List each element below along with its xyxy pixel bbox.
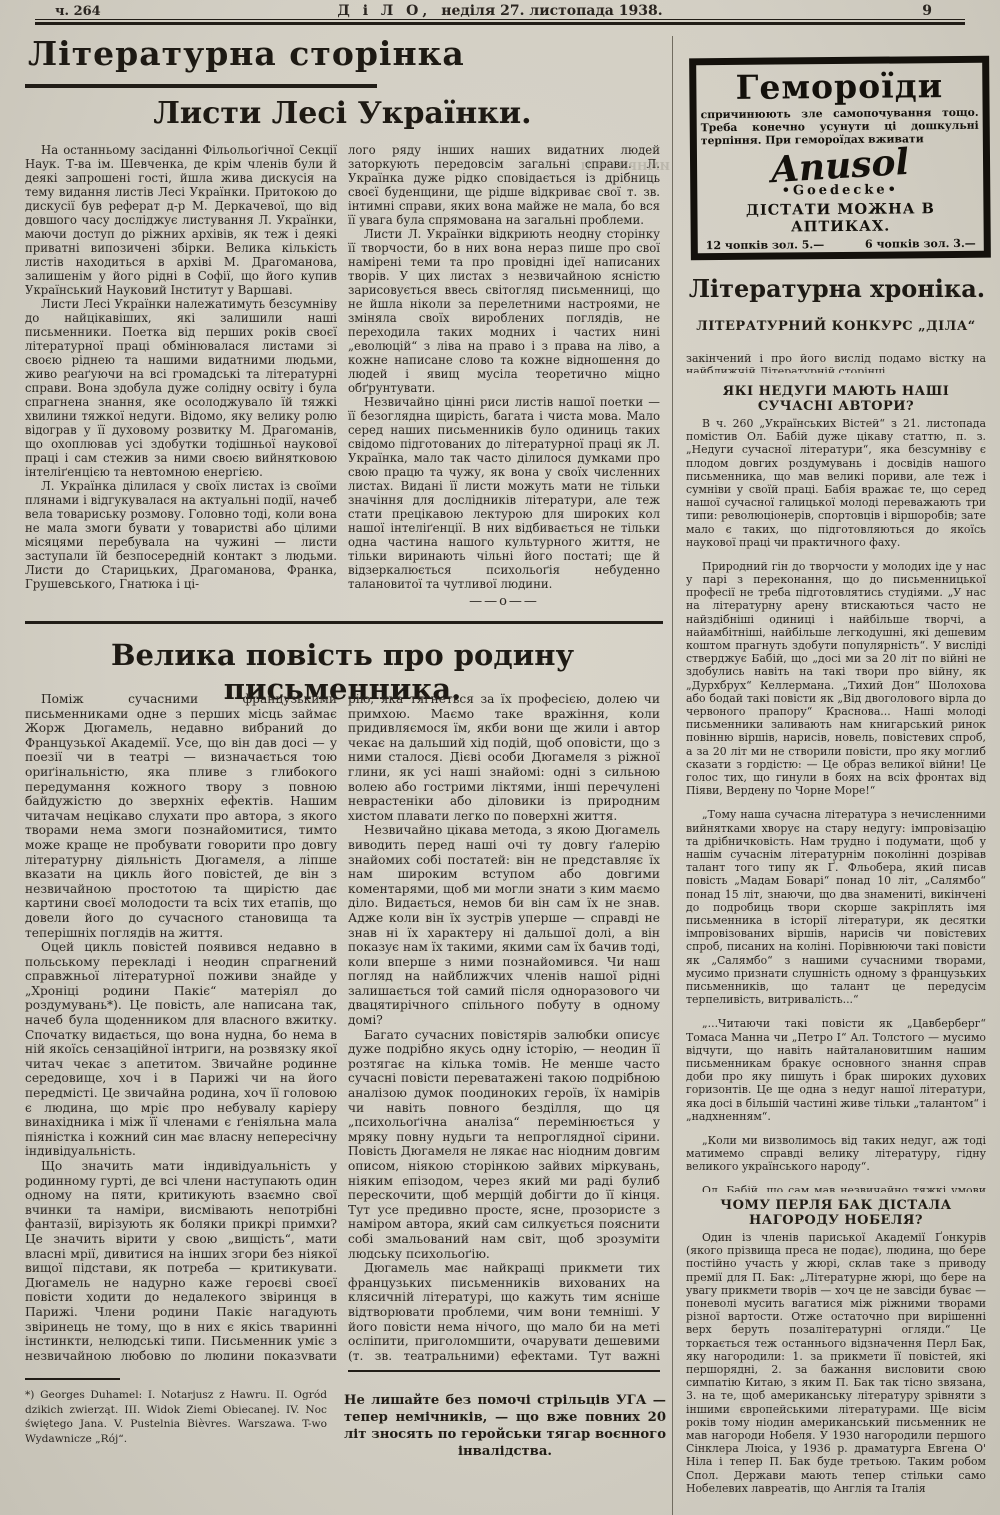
ad-title: Гемороїди	[700, 69, 978, 105]
masthead-title: Д і Л О,	[337, 3, 431, 19]
paragraph: „...Читаючи такі повісти як „Цавберберг“…	[686, 1017, 986, 1123]
hemorrhoids-advertisement: Гемороїди спричинюють зле самопочування …	[689, 56, 991, 261]
header-rule-thick	[35, 22, 965, 25]
paragraph: Дюгамель має найкращі прикмети тих франц…	[348, 1261, 660, 1364]
paragraph: „Коли ми визволимось від таких недуг, аж…	[686, 1134, 986, 1174]
uga-appeal-notice: Не лишайте без помочі стрільців УГА — те…	[344, 1392, 666, 1460]
ad-price-line: 12 чопків зол. 5.— 6 чопків зол. 3.—	[702, 237, 980, 252]
paragraph: „Тому наша сучасна література з нечислен…	[686, 808, 986, 1006]
chronicle-section-nobel: Один із членів париської Академії Ґонкур…	[686, 1220, 986, 1508]
paragraph: закінчений і про його вислід подамо віст…	[686, 352, 986, 373]
article1-column-2: лого ряду інших наших видатних людей зат…	[348, 143, 660, 617]
ad-availability-line: ДІСТАТИ МОЖНА В АПТИКАХ.	[701, 200, 979, 236]
column-divider-rule	[672, 36, 673, 1515]
masthead: Д і Л О,неділя 27. листопада 1938.	[0, 3, 1000, 19]
footnote: *) Georges Duhamel: I. Notarjusz z Hawru…	[25, 1388, 327, 1484]
ad-price-right: 6 чопків зол. 3.—	[865, 237, 976, 251]
ad-price-left: 12 чопків зол. 5.—	[706, 238, 825, 252]
article2-column-2: рію, яка тягнеться за їх професією, доле…	[348, 692, 660, 1364]
article-divider-rule	[25, 621, 663, 624]
chronicle-section-contest: закінчений і про його вислід подамо віст…	[686, 341, 986, 373]
paragraph: рію, яка тягнеться за їх професією, доле…	[348, 692, 660, 823]
footnote-rule	[25, 1378, 120, 1380]
newspaper-page: ч. 264 Д і Л О,неділя 27. листопада 1938…	[0, 0, 1000, 1515]
paragraph: Л. Українка ділилася у своїх листах із с…	[25, 479, 337, 591]
notice-rule	[348, 1370, 660, 1372]
paragraph: Листи Лесі Українки належатимуть безсумн…	[25, 297, 337, 479]
chronicle-title: Літературна хроніка.	[688, 274, 986, 303]
section-title: Літературна сторінка	[28, 34, 465, 73]
paragraph: Незвичайно цікава метода, з якою Дюгамел…	[348, 823, 660, 1027]
article1-headline: Листи Лесі Українки.	[25, 96, 660, 131]
paragraph: Природний гін до творчости у молодих іде…	[686, 560, 986, 798]
paragraph: Що значить мати індивідуальність у родин…	[25, 1159, 337, 1360]
chronicle-section-ailments: В ч. 260 „Українських Вістей“ з 21. лист…	[686, 406, 986, 1192]
paragraph: Листи Л. Українки відкриють неодну сторі…	[348, 227, 660, 395]
paragraph: лого ряду інших наших видатних людей зат…	[348, 143, 660, 227]
paragraph: Багато сучасних повістярів залюбки опису…	[348, 1028, 660, 1262]
paragraph: В ч. 260 „Українських Вістей“ з 21. лист…	[686, 417, 986, 549]
paragraph: Оцей цикль повістей появився недавно в п…	[25, 940, 337, 1159]
section-title-underline	[25, 84, 377, 88]
header-rule-thin	[35, 19, 965, 20]
masthead-date: неділя 27. листопада 1938.	[441, 3, 662, 19]
page-number: 9	[922, 3, 932, 19]
article1-column-1: На останньому засіданні Фільольоґічної С…	[25, 143, 337, 617]
paragraph: Ол. Бабій, що сам мав незвичайно тяжкі у…	[686, 1184, 986, 1192]
article2-column-1: Поміж сучасними французькими письменника…	[25, 692, 337, 1360]
paragraph: Один із членів париської Академії Ґонкур…	[686, 1231, 986, 1495]
chronicle-heading-contest: ЛІТЕРАТУРНИЙ КОНКУРС „ДІЛА“	[686, 319, 986, 334]
paragraph: На останньому засіданні Фільольоґічної С…	[25, 143, 337, 297]
paragraph: Поміж сучасними французькими письменника…	[25, 692, 337, 940]
article-end-mark: ——о——	[348, 595, 660, 609]
paragraph: Незвичайно цінні риси листів нашої поетк…	[348, 395, 660, 591]
